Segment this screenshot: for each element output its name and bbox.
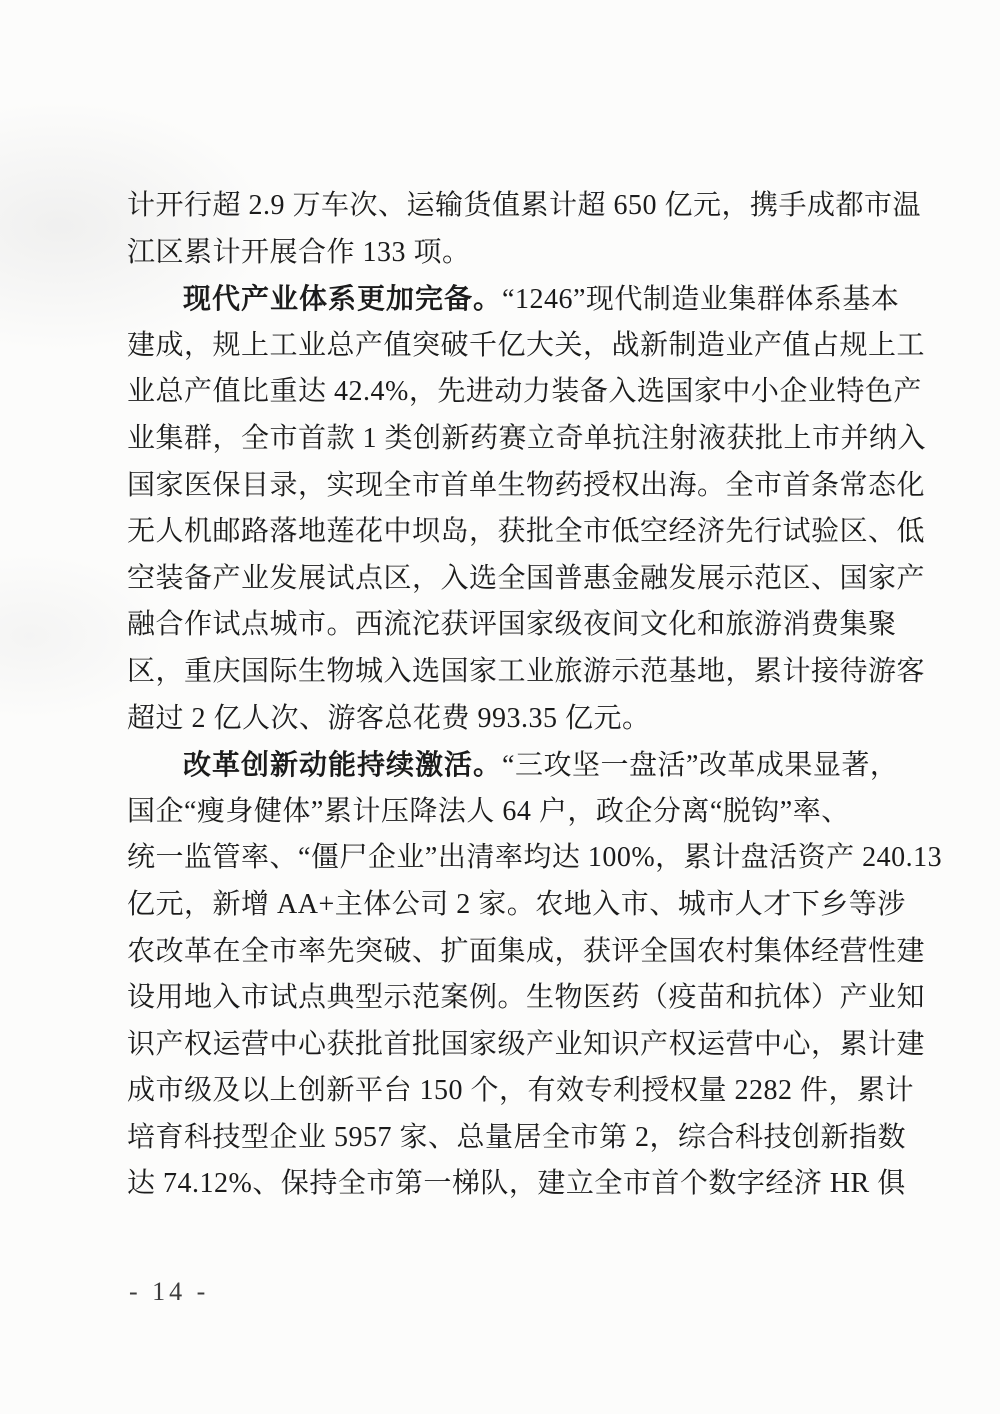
text-line: 建成，规上工业总产值突破千亿大关，战新制造业产值占规上工: [127, 323, 885, 370]
text-line: 业总产值比重达 42.4%，先进动力装备入选国家中小企业特色产: [127, 369, 885, 416]
text-line: 空装备产业发展试点区，入选全国普惠金融发展示范区、国家产: [127, 556, 885, 603]
page-number: - 14 -: [129, 1277, 209, 1306]
text-line: 统一监管率、“僵尸企业”出清率均达 100%，累计盘活资产 240.13: [127, 835, 885, 882]
text-line: 融合作试点城市。西流沱获评国家级夜间文化和旅游消费集聚: [127, 602, 885, 649]
text-line: 计开行超 2.9 万车次、运输货值累计超 650 亿元，携手成都市温: [127, 183, 885, 230]
text-line: 成市级及以上创新平台 150 个，有效专利授权量 2282 件，累计: [127, 1068, 885, 1115]
text-line: 识产权运营中心获批首批国家级产业知识产权运营中心，累计建: [127, 1022, 885, 1069]
paragraph-heading: 改革创新动能持续激活。: [183, 749, 502, 780]
text-line: 培育科技型企业 5957 家、总量居全市第 2，综合科技创新指数: [127, 1115, 885, 1162]
text-line-body: “1246”现代制造业集群体系基本: [502, 284, 899, 315]
text-line: 业集群，全市首款 1 类创新药赛立奇单抗注射液获批上市并纳入: [127, 416, 885, 463]
page-footer: - 14 -: [129, 1272, 209, 1312]
text-line-body: “三攻坚一盘活”改革成果显著，: [502, 750, 898, 781]
document-page: 计开行超 2.9 万车次、运输货值累计超 650 亿元，携手成都市温 江区累计开…: [0, 0, 1000, 1414]
text-line: 区，重庆国际生物城入选国家工业旅游示范基地，累计接待游客: [127, 649, 885, 696]
text-line: 达 74.12%、保持全市第一梯队，建立全市首个数字经济 HR 俱: [127, 1161, 885, 1208]
text-line: 农改革在全市率先突破、扩面集成，获评全国农村集体经营性建: [127, 929, 885, 976]
text-line: 江区累计开展合作 133 项。: [127, 230, 885, 277]
text-line: 现代产业体系更加完备。“1246”现代制造业集群体系基本: [127, 276, 885, 323]
paragraph-heading: 现代产业体系更加完备。: [183, 283, 502, 314]
text-line: 无人机邮路落地莲花中坝岛，获批全市低空经济先行试验区、低: [127, 509, 885, 556]
text-line: 国企“瘦身健体”累计压降法人 64 户，政企分离“脱钩”率、: [127, 789, 885, 836]
text-line: 设用地入市试点典型示范案例。生物医药（疫苗和抗体）产业知: [127, 975, 885, 1022]
text-line: 亿元，新增 AA+主体公司 2 家。农地入市、城市人才下乡等涉: [127, 882, 885, 929]
text-line: 改革创新动能持续激活。“三攻坚一盘活”改革成果显著，: [127, 742, 885, 789]
text-line: 国家医保目录，实现全市首单生物药授权出海。全市首条常态化: [127, 463, 885, 510]
document-body: 计开行超 2.9 万车次、运输货值累计超 650 亿元，携手成都市温 江区累计开…: [127, 183, 885, 1208]
text-line: 超过 2 亿人次、游客总花费 993.35 亿元。: [127, 696, 885, 743]
